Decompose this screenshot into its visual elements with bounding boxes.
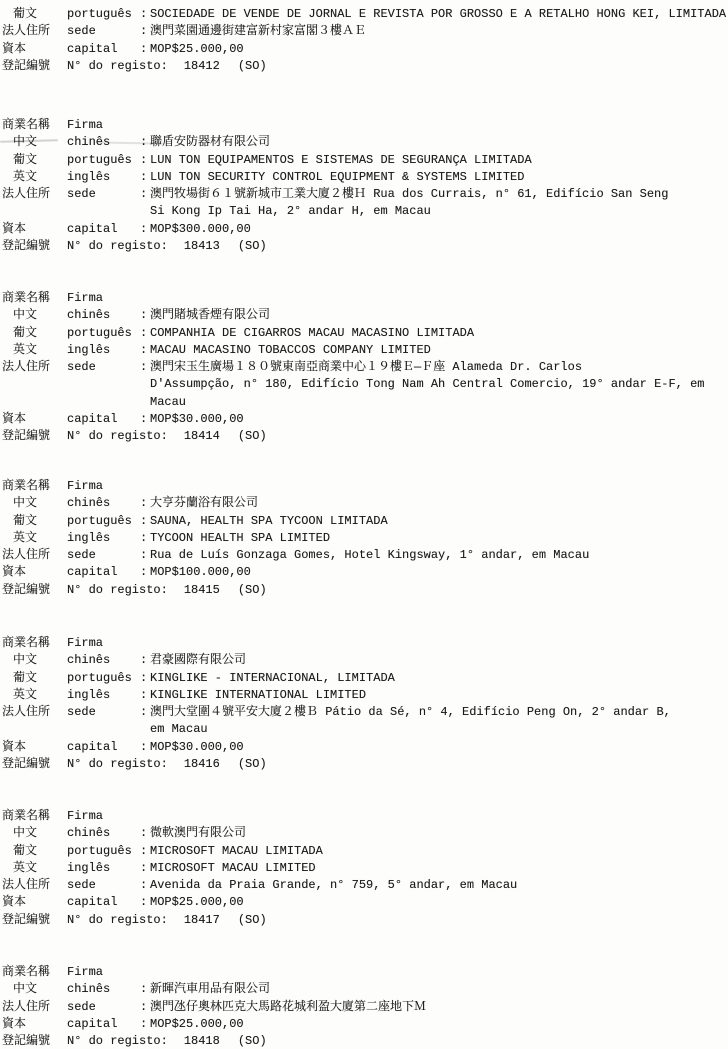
- colon-separator: :: [140, 359, 150, 376]
- field-row: 資本capital:MOP$300.000,00: [0, 221, 728, 238]
- field-value: 聯盾安防器材有限公司: [150, 134, 270, 151]
- firma-header-row: 商業名稱Firma: [0, 808, 728, 825]
- field-label-cn: 中文: [2, 652, 67, 669]
- field-value: Avenida da Praia Grande, n° 759, 5° anda…: [150, 877, 517, 894]
- field-label-cn: 英文: [2, 342, 67, 359]
- field-value: TYCOON HEALTH SPA LIMITED: [150, 530, 330, 547]
- registry-type-code: (SO): [238, 58, 267, 75]
- firma-header-row: 商業名稱Firma: [0, 964, 728, 981]
- registry-label-pt: N° do registo:: [67, 1033, 168, 1049]
- colon-separator: :: [140, 564, 150, 581]
- field-row: 中文chinês:聯盾安防器材有限公司: [0, 134, 728, 151]
- field-row: 葡文português:SOCIEDADE DE VENDE DE JORNAL…: [0, 6, 728, 23]
- field-label-pt: inglês: [67, 342, 140, 359]
- field-label-cn: 法人住所: [2, 23, 67, 40]
- field-row: 葡文português:MICROSOFT MACAU LIMITADA: [0, 843, 728, 860]
- field-value: MOP$25.000,00: [150, 41, 244, 58]
- colon-separator: :: [140, 687, 150, 704]
- field-row: 法人住所sede:Avenida da Praia Grande, n° 759…: [0, 877, 728, 894]
- field-label-pt: português: [67, 325, 140, 342]
- field-continuation-row: em Macau: [0, 721, 728, 738]
- colon-separator: :: [140, 825, 150, 842]
- firma-label-cn: 商業名稱: [2, 964, 67, 981]
- field-value: 君豪國際有限公司: [150, 652, 246, 669]
- colon-separator: :: [140, 530, 150, 547]
- field-label-pt: sede: [67, 186, 140, 203]
- registry-label-pt: N° do registo:: [67, 582, 168, 599]
- field-value: 澳門牧場街６１號新城市工業大廈２樓Ｈ Rua dos Currais, n° 6…: [150, 186, 668, 203]
- registry-number-row: 登記編號N° do registo:18417(SO): [0, 912, 728, 929]
- field-row: 英文inglês:MACAU MACASINO TOBACCOS COMPANY…: [0, 342, 728, 359]
- registry-label-pt: N° do registo:: [67, 238, 168, 255]
- field-label-pt: inglês: [67, 687, 140, 704]
- colon-separator: :: [140, 652, 150, 669]
- field-value: LUN TON EQUIPAMENTOS E SISTEMAS DE SEGUR…: [150, 152, 532, 169]
- field-label-cn: 中文: [2, 307, 67, 324]
- registry-label-pt: N° do registo:: [67, 756, 168, 773]
- field-label-cn: 資本: [2, 411, 67, 428]
- colon-separator: :: [140, 704, 150, 721]
- field-label-pt: português: [67, 843, 140, 860]
- company-registration-entry: 商業名稱Firma中文chinês:大亨芬蘭浴有限公司葡文português:S…: [0, 478, 728, 599]
- registry-label-cn: 登記編號: [2, 58, 67, 75]
- field-label-cn: 法人住所: [2, 359, 67, 376]
- field-label-cn: 中文: [2, 495, 67, 512]
- registry-number-row: 登記編號N° do registo:18418(SO): [0, 1033, 728, 1049]
- field-label-cn: 法人住所: [2, 877, 67, 894]
- field-row: 法人住所sede:澳門大堂圍４號平安大廈２樓Ｂ Pátio da Sé, n° …: [0, 704, 728, 721]
- field-label-pt: capital: [67, 221, 140, 238]
- field-label-pt: português: [67, 670, 140, 687]
- company-registration-entry: 商業名稱Firma中文chinês:聯盾安防器材有限公司葡文português:…: [0, 117, 728, 255]
- registry-number: 18414: [184, 428, 220, 445]
- field-value: MACAU MACASINO TOBACCOS COMPANY LIMITED: [150, 342, 431, 359]
- field-label-pt: inglês: [67, 169, 140, 186]
- firma-label-pt: Firma: [67, 635, 140, 652]
- field-value: 澳門大堂圍４號平安大廈２樓Ｂ Pátio da Sé, n° 4, Edifíc…: [150, 704, 671, 721]
- field-value: MOP$30.000,00: [150, 739, 244, 756]
- field-row: 中文chinês:大亨芬蘭浴有限公司: [0, 495, 728, 512]
- field-row: 英文inglês:TYCOON HEALTH SPA LIMITED: [0, 530, 728, 547]
- field-label-pt: chinês: [67, 981, 140, 998]
- field-label-pt: sede: [67, 23, 140, 40]
- field-label-cn: 葡文: [2, 513, 67, 530]
- firma-label-pt: Firma: [67, 290, 140, 307]
- field-label-cn: 資本: [2, 894, 67, 911]
- colon-separator: :: [140, 23, 150, 40]
- firma-label-pt: Firma: [67, 808, 140, 825]
- field-value: MOP$30.000,00: [150, 411, 244, 428]
- colon-separator: :: [140, 41, 150, 58]
- registry-label-cn: 登記編號: [2, 428, 67, 445]
- field-label-pt: sede: [67, 547, 140, 564]
- field-label-pt: capital: [67, 411, 140, 428]
- field-label-pt: chinês: [67, 134, 140, 151]
- colon-separator: :: [140, 495, 150, 512]
- firma-header-row: 商業名稱Firma: [0, 117, 728, 134]
- company-registration-entry: 商業名稱Firma中文chinês:新暉汽車用品有限公司法人住所sede:澳門氹…: [0, 964, 728, 1049]
- field-label-pt: chinês: [67, 825, 140, 842]
- field-label-pt: chinês: [67, 652, 140, 669]
- colon-separator: :: [140, 547, 150, 564]
- field-row: 法人住所sede:澳門菜園通邊街建富新村家富閣３樓ＡＥ: [0, 23, 728, 40]
- field-row: 資本capital:MOP$25.000,00: [0, 894, 728, 911]
- field-value: 微軟澳門有限公司: [150, 825, 246, 842]
- field-label-cn: 資本: [2, 1016, 67, 1033]
- field-value: Si Kong Ip Tai Ha, 2° andar H, em Macau: [150, 203, 431, 220]
- registry-number: 18416: [184, 756, 220, 773]
- field-value: 澳門菜園通邊街建富新村家富閣３樓ＡＥ: [150, 23, 366, 40]
- field-row: 法人住所sede:Rua de Luís Gonzaga Gomes, Hote…: [0, 547, 728, 564]
- registry-number: 18417: [184, 912, 220, 929]
- colon-separator: :: [140, 860, 150, 877]
- colon-separator: :: [140, 186, 150, 203]
- field-value: KINGLIKE - INTERNACIONAL, LIMITADA: [150, 670, 395, 687]
- field-label-pt: inglês: [67, 860, 140, 877]
- colon-separator: :: [140, 169, 150, 186]
- field-row: 英文inglês:MICROSOFT MACAU LIMITED: [0, 860, 728, 877]
- field-value: KINGLIKE INTERNATIONAL LIMITED: [150, 687, 366, 704]
- field-label-pt: capital: [67, 41, 140, 58]
- firma-label-pt: Firma: [67, 964, 140, 981]
- field-row: 法人住所sede:澳門氹仔奧林匹克大馬路花城利盈大廈第二座地下Ｍ: [0, 999, 728, 1016]
- field-label-cn: 葡文: [2, 6, 67, 23]
- registry-label-cn: 登記編號: [2, 1033, 67, 1049]
- field-row: 中文chinês:君豪國際有限公司: [0, 652, 728, 669]
- field-value: SAUNA, HEALTH SPA TYCOON LIMITADA: [150, 513, 388, 530]
- firma-header-row: 商業名稱Firma: [0, 290, 728, 307]
- field-label-pt: capital: [67, 894, 140, 911]
- firma-label-cn: 商業名稱: [2, 478, 67, 495]
- field-label-cn: 英文: [2, 169, 67, 186]
- firma-label-cn: 商業名稱: [2, 635, 67, 652]
- field-row: 法人住所sede:澳門宋玉生廣場１８０號東南亞商業中心１９樓Ｅ—Ｆ座 Alame…: [0, 359, 728, 376]
- field-value: 大亨芬蘭浴有限公司: [150, 495, 258, 512]
- field-label-cn: 資本: [2, 739, 67, 756]
- registry-label-cn: 登記編號: [2, 912, 67, 929]
- field-row: 資本capital:MOP$100.000,00: [0, 564, 728, 581]
- field-row: 英文inglês:KINGLIKE INTERNATIONAL LIMITED: [0, 687, 728, 704]
- registry-number-row: 登記編號N° do registo:18416(SO): [0, 756, 728, 773]
- field-row: 中文chinês:微軟澳門有限公司: [0, 825, 728, 842]
- field-label-pt: português: [67, 6, 140, 23]
- colon-separator: :: [140, 999, 150, 1016]
- registry-type-code: (SO): [238, 238, 267, 255]
- colon-separator: :: [140, 342, 150, 359]
- field-label-pt: sede: [67, 999, 140, 1016]
- field-label-cn: 法人住所: [2, 547, 67, 564]
- field-row: 葡文português:COMPANHIA DE CIGARROS MACAU …: [0, 325, 728, 342]
- field-label-cn: 葡文: [2, 325, 67, 342]
- colon-separator: :: [140, 325, 150, 342]
- field-label-pt: português: [67, 152, 140, 169]
- field-row: 葡文português:KINGLIKE - INTERNACIONAL, LI…: [0, 670, 728, 687]
- field-value: Macau: [150, 394, 186, 411]
- firma-header-row: 商業名稱Firma: [0, 478, 728, 495]
- field-value: MOP$25.000,00: [150, 894, 244, 911]
- field-row: 中文chinês:澳門賭城香煙有限公司: [0, 307, 728, 324]
- field-label-cn: 法人住所: [2, 999, 67, 1016]
- registry-type-code: (SO): [238, 428, 267, 445]
- registry-type-code: (SO): [238, 912, 267, 929]
- registry-type-code: (SO): [238, 582, 267, 599]
- field-value: 新暉汽車用品有限公司: [150, 981, 270, 998]
- field-label-pt: sede: [67, 359, 140, 376]
- field-value: COMPANHIA DE CIGARROS MACAU MACASINO LIM…: [150, 325, 474, 342]
- field-label-cn: 葡文: [2, 843, 67, 860]
- colon-separator: :: [140, 307, 150, 324]
- colon-separator: :: [140, 134, 150, 151]
- field-label-cn: 葡文: [2, 152, 67, 169]
- colon-separator: :: [140, 894, 150, 911]
- field-label-pt: sede: [67, 704, 140, 721]
- field-label-cn: 葡文: [2, 670, 67, 687]
- registry-label-cn: 登記編號: [2, 756, 67, 773]
- field-value: MOP$25.000,00: [150, 1016, 244, 1033]
- field-label-pt: chinês: [67, 495, 140, 512]
- firma-label-cn: 商業名稱: [2, 808, 67, 825]
- colon-separator: :: [140, 6, 150, 23]
- registry-number: 18412: [184, 58, 220, 75]
- field-value: LUN TON SECURITY CONTROL EQUIPMENT & SYS…: [150, 169, 524, 186]
- registry-type-code: (SO): [238, 1033, 267, 1049]
- field-label-pt: capital: [67, 1016, 140, 1033]
- field-row: 葡文português:LUN TON EQUIPAMENTOS E SISTE…: [0, 152, 728, 169]
- registry-label-pt: N° do registo:: [67, 428, 168, 445]
- field-label-cn: 中文: [2, 825, 67, 842]
- registry-number: 18415: [184, 582, 220, 599]
- firma-header-row: 商業名稱Firma: [0, 635, 728, 652]
- colon-separator: :: [140, 152, 150, 169]
- colon-separator: :: [140, 1016, 150, 1033]
- field-label-cn: 資本: [2, 41, 67, 58]
- field-row: 資本capital:MOP$30.000,00: [0, 411, 728, 428]
- colon-separator: :: [140, 411, 150, 428]
- colon-separator: :: [140, 513, 150, 530]
- field-value: MICROSOFT MACAU LIMITADA: [150, 843, 323, 860]
- field-value: 澳門宋玉生廣場１８０號東南亞商業中心１９樓Ｅ—Ｆ座 Alameda Dr. Ca…: [150, 359, 582, 376]
- field-row: 中文chinês:新暉汽車用品有限公司: [0, 981, 728, 998]
- company-registration-entry: 商業名稱Firma中文chinês:微軟澳門有限公司葡文português:MI…: [0, 808, 728, 929]
- field-continuation-row: D'Assumpção, n° 180, Edifício Tong Nam A…: [0, 376, 728, 393]
- field-label-cn: 法人住所: [2, 704, 67, 721]
- field-value: D'Assumpção, n° 180, Edifício Tong Nam A…: [150, 376, 705, 393]
- registry-number: 18418: [184, 1033, 220, 1049]
- firma-label-pt: Firma: [67, 117, 140, 134]
- field-label-cn: 資本: [2, 564, 67, 581]
- field-value: MOP$300.000,00: [150, 221, 251, 238]
- registry-number-row: 登記編號N° do registo:18412(SO): [0, 58, 728, 75]
- field-row: 葡文português:SAUNA, HEALTH SPA TYCOON LIM…: [0, 513, 728, 530]
- field-row: 法人住所sede:澳門牧場街６１號新城市工業大廈２樓Ｈ Rua dos Curr…: [0, 186, 728, 203]
- colon-separator: :: [140, 670, 150, 687]
- registry-number-row: 登記編號N° do registo:18413(SO): [0, 238, 728, 255]
- field-label-cn: 法人住所: [2, 186, 67, 203]
- field-row: 資本capital:MOP$30.000,00: [0, 739, 728, 756]
- field-value: SOCIEDADE DE VENDE DE JORNAL E REVISTA P…: [150, 6, 726, 23]
- registry-type-code: (SO): [238, 756, 267, 773]
- colon-separator: :: [140, 981, 150, 998]
- company-registration-entry: 葡文português:SOCIEDADE DE VENDE DE JORNAL…: [0, 6, 728, 75]
- field-value: MICROSOFT MACAU LIMITED: [150, 860, 316, 877]
- registry-label-pt: N° do registo:: [67, 58, 168, 75]
- field-continuation-row: Macau: [0, 394, 728, 411]
- field-row: 英文inglês:LUN TON SECURITY CONTROL EQUIPM…: [0, 169, 728, 186]
- registry-number: 18413: [184, 238, 220, 255]
- field-label-cn: 英文: [2, 530, 67, 547]
- company-registration-entry: 商業名稱Firma中文chinês:澳門賭城香煙有限公司葡文português:…: [0, 290, 728, 446]
- field-value: 澳門氹仔奧林匹克大馬路花城利盈大廈第二座地下Ｍ: [150, 999, 426, 1016]
- field-label-pt: sede: [67, 877, 140, 894]
- field-label-cn: 中文: [2, 981, 67, 998]
- field-row: 資本capital:MOP$25.000,00: [0, 41, 728, 58]
- colon-separator: :: [140, 877, 150, 894]
- firma-label-cn: 商業名稱: [2, 290, 67, 307]
- registry-number-row: 登記編號N° do registo:18415(SO): [0, 582, 728, 599]
- colon-separator: :: [140, 739, 150, 756]
- field-value: 澳門賭城香煙有限公司: [150, 307, 270, 324]
- company-registration-entry: 商業名稱Firma中文chinês:君豪國際有限公司葡文português:KI…: [0, 635, 728, 773]
- registry-number-row: 登記編號N° do registo:18414(SO): [0, 428, 728, 445]
- registry-label-cn: 登記編號: [2, 582, 67, 599]
- field-label-pt: português: [67, 513, 140, 530]
- colon-separator: :: [140, 843, 150, 860]
- field-row: 資本capital:MOP$25.000,00: [0, 1016, 728, 1033]
- firma-label-pt: Firma: [67, 478, 140, 495]
- field-label-pt: capital: [67, 564, 140, 581]
- field-value: em Macau: [150, 721, 208, 738]
- field-label-pt: inglês: [67, 530, 140, 547]
- colon-separator: :: [140, 221, 150, 238]
- field-label-cn: 中文: [2, 134, 67, 151]
- field-label-cn: 英文: [2, 687, 67, 704]
- field-label-cn: 資本: [2, 221, 67, 238]
- firma-label-cn: 商業名稱: [2, 117, 67, 134]
- field-label-pt: chinês: [67, 307, 140, 324]
- registry-label-cn: 登記編號: [2, 238, 67, 255]
- registry-label-pt: N° do registo:: [67, 912, 168, 929]
- field-label-pt: capital: [67, 739, 140, 756]
- field-label-cn: 英文: [2, 860, 67, 877]
- registry-gazette-page: 葡文português:SOCIEDADE DE VENDE DE JORNAL…: [0, 0, 728, 1049]
- field-continuation-row: Si Kong Ip Tai Ha, 2° andar H, em Macau: [0, 203, 728, 220]
- field-value: Rua de Luís Gonzaga Gomes, Hotel Kingswa…: [150, 547, 589, 564]
- field-value: MOP$100.000,00: [150, 564, 251, 581]
